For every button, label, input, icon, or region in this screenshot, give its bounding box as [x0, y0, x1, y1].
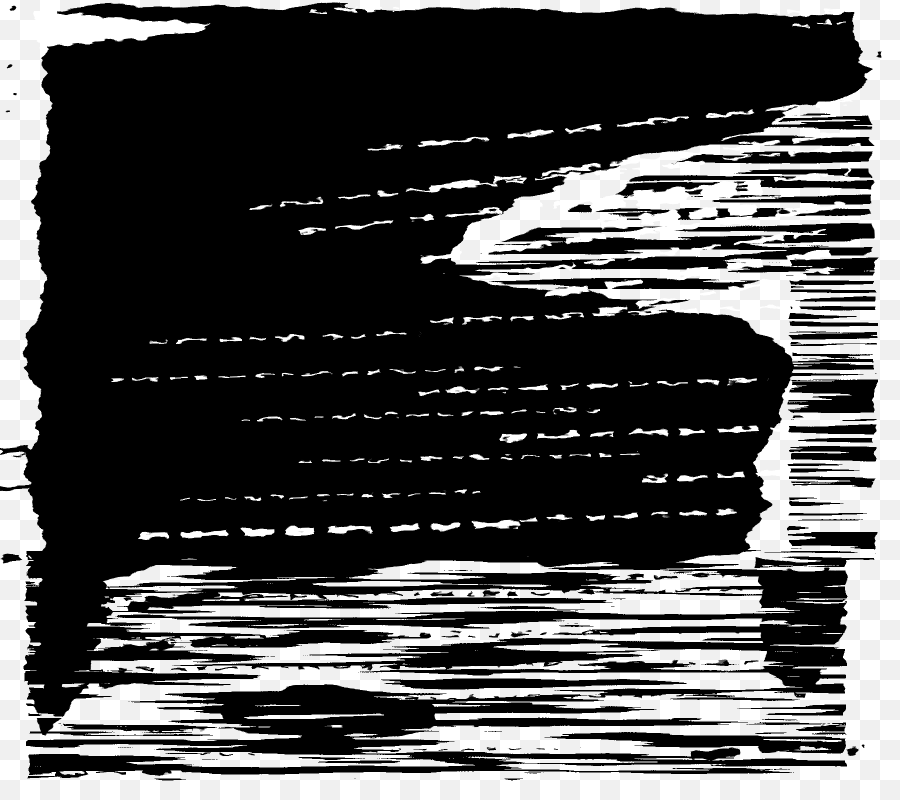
- transparency-checkerboard-canvas: [0, 0, 900, 800]
- left-edge-poke: [2, 556, 30, 560]
- bottom-scratch-field: [28, 550, 846, 778]
- left-edge-poke: [0, 486, 38, 488]
- ink-speck: [11, 6, 16, 11]
- ink-speck: [861, 745, 865, 749]
- ink-speck: [13, 92, 17, 96]
- left-edge-poke: [0, 448, 46, 452]
- ink-speck: [8, 64, 12, 68]
- ink-speck: [877, 54, 881, 58]
- ink-speck: [847, 747, 857, 757]
- right-edge-streak-column: [790, 240, 875, 560]
- brush-stroke-artwork: [0, 0, 900, 800]
- ink-speck: [7, 111, 10, 114]
- dense-bottom-blob: [222, 686, 438, 746]
- scratch-field-shape: [28, 550, 845, 778]
